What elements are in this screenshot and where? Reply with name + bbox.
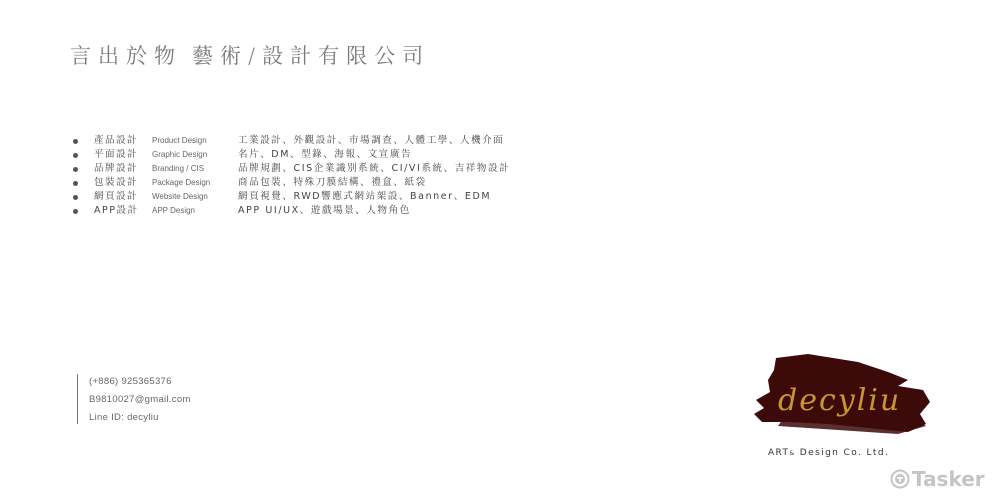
service-description: 工業設計、外觀設計、市場調查、人體工學、人機介面 xyxy=(238,134,504,148)
service-name-en: Product Design xyxy=(152,134,238,148)
watermark: Tasker xyxy=(890,467,985,491)
contact-block: (+886) 925365376 B9810027@gmail.com Line… xyxy=(77,374,191,424)
service-item: 品牌設計Branding / CIS品牌規劃、CIS企業識別系統、CI/VI系統… xyxy=(70,162,510,176)
brand-logo: decyliu xyxy=(748,352,938,462)
bullet-icon xyxy=(73,167,78,172)
tasker-logo-icon xyxy=(890,469,910,489)
service-description: APP UI/UX、遊戲場景、人物角色 xyxy=(238,204,411,218)
service-name-zh: 產品設計 xyxy=(94,134,152,148)
service-item: 平面設計Graphic Design名片、DM、型錄、海報、文宣廣告 xyxy=(70,148,510,162)
service-item: 包裝設計Package Design商品包裝、特殊刀膜結構、禮盒、紙袋 xyxy=(70,176,510,190)
service-item: 網頁設計Website Design網頁視覺、RWD響應式網站架設、Banner… xyxy=(70,190,510,204)
line-id: Line ID: decyliu xyxy=(89,410,191,428)
bullet-icon xyxy=(73,195,78,200)
service-name-en: Package Design xyxy=(152,176,238,190)
service-name-zh: 網頁設計 xyxy=(94,190,152,204)
service-name-en: Website Design xyxy=(152,190,238,204)
service-item: APP設計APP DesignAPP UI/UX、遊戲場景、人物角色 xyxy=(70,204,510,218)
bullet-icon xyxy=(73,209,78,214)
watermark-text: Tasker xyxy=(912,467,985,491)
service-name-zh: 品牌設計 xyxy=(94,162,152,176)
service-name-en: Branding / CIS xyxy=(152,162,238,176)
service-item: 產品設計Product Design工業設計、外觀設計、市場調查、人體工學、人機… xyxy=(70,134,510,148)
service-description: 名片、DM、型錄、海報、文宣廣告 xyxy=(238,148,412,162)
service-name-en: APP Design xyxy=(152,204,238,218)
service-description: 品牌規劃、CIS企業識別系統、CI/VI系統、吉祥物設計 xyxy=(238,162,510,176)
service-name-zh: 平面設計 xyxy=(94,148,152,162)
logo-subtitle: ART& Design Co. Ltd. xyxy=(768,448,889,458)
service-name-zh: 包裝設計 xyxy=(94,176,152,190)
bullet-icon xyxy=(73,139,78,144)
bullet-icon xyxy=(73,181,78,186)
logo-script-text: decyliu xyxy=(778,383,901,418)
services-list: 產品設計Product Design工業設計、外觀設計、市場調查、人體工學、人機… xyxy=(70,134,510,218)
phone-number: (+886) 925365376 xyxy=(89,374,191,392)
company-name: 言出於物 xyxy=(70,44,182,68)
page-title: 言出於物藝術/設計有限公司 xyxy=(70,40,430,70)
service-name-en: Graphic Design xyxy=(152,148,238,162)
bullet-icon xyxy=(73,153,78,158)
email-address: B9810027@gmail.com xyxy=(89,392,191,410)
company-type: 藝術/設計有限公司 xyxy=(192,44,430,68)
service-name-zh: APP設計 xyxy=(94,204,152,218)
service-description: 網頁視覺、RWD響應式網站架設、Banner、EDM xyxy=(238,190,491,204)
service-description: 商品包裝、特殊刀膜結構、禮盒、紙袋 xyxy=(238,176,427,190)
